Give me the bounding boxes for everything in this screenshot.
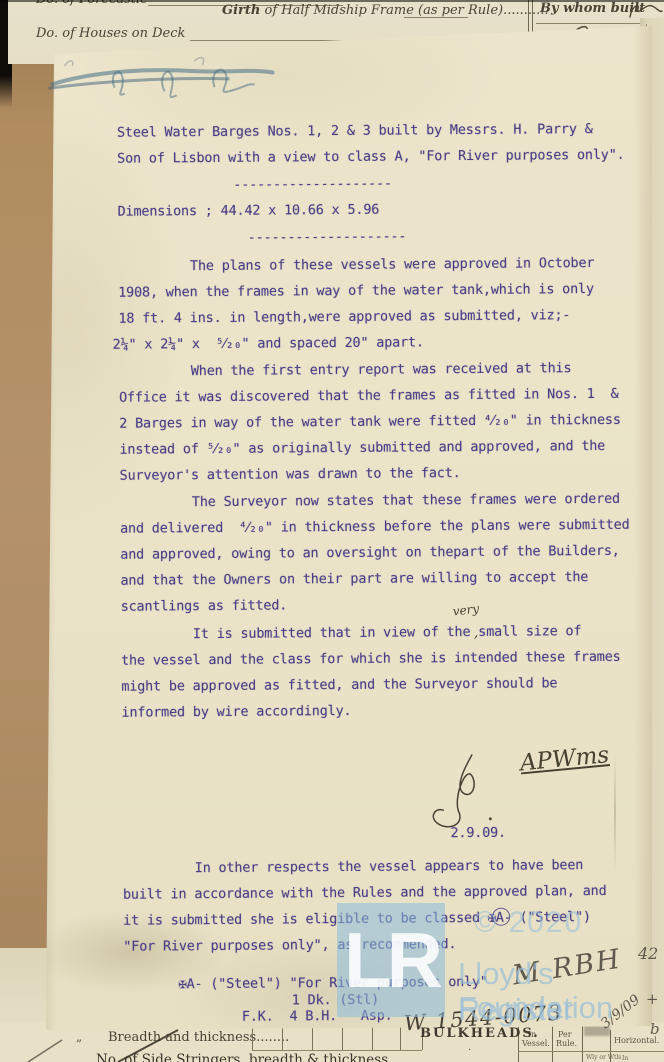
edge-mark: + bbox=[646, 990, 659, 1008]
pencil-annotation-layer: M RBH 3/9/09 W 1544-0073 42 + b bbox=[0, 0, 664, 1062]
document-scan: Do. of Forecastle Do. of Houses on Deck … bbox=[0, 0, 664, 1062]
pencil-reference: W 1544-0073 bbox=[403, 1000, 563, 1035]
photo-edge-top bbox=[0, 0, 664, 2]
pencil-initials: M RBH bbox=[510, 944, 623, 992]
edge-mark: 42 bbox=[638, 944, 658, 963]
edge-mark: b bbox=[650, 1020, 660, 1038]
pencil-date: 3/9/09 bbox=[598, 992, 643, 1032]
